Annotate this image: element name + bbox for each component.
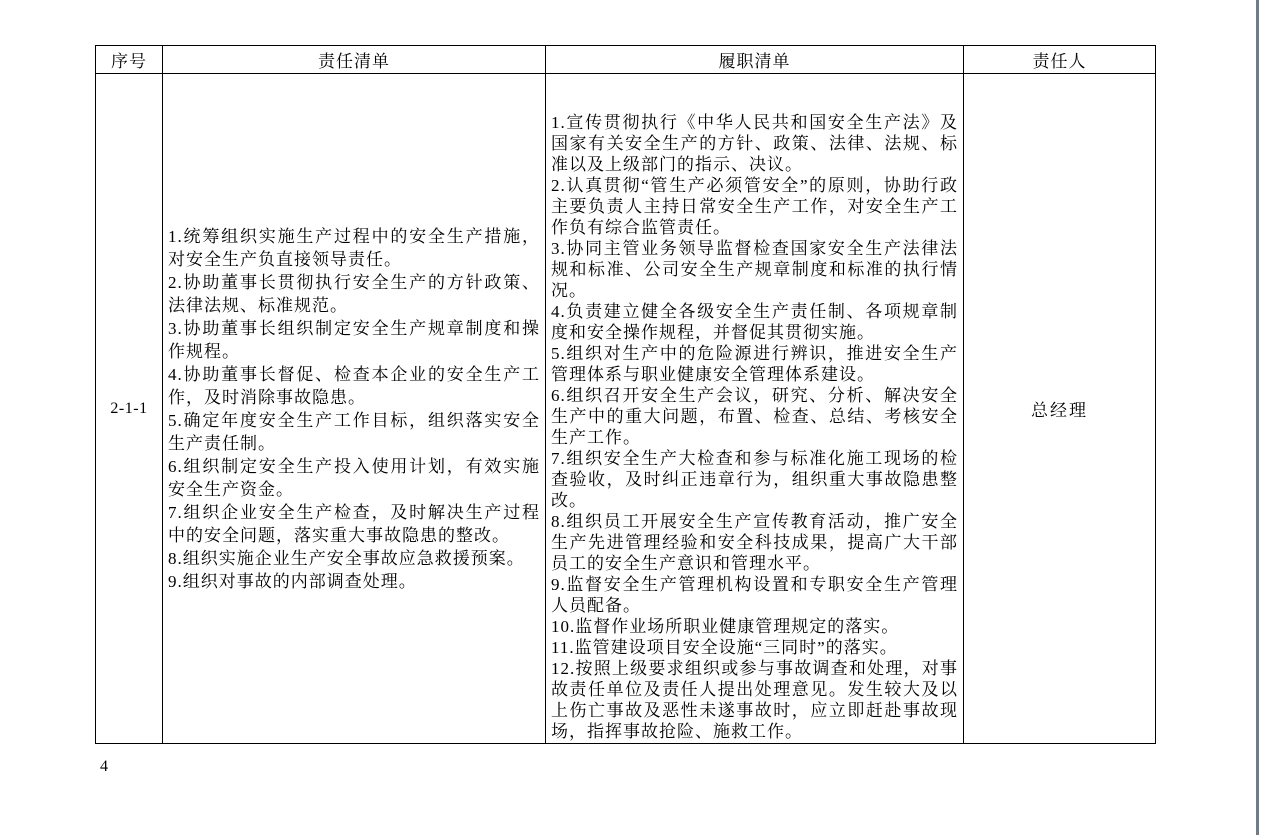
list-item: 3.协同主管业务领导监督检查国家安全生产法律法规和标准、公司安全生产规章制度和标… [551, 238, 958, 301]
list-item: 7.组织企业安全生产检查，及时解决生产过程中的安全问题，落实重大事故隐患的整改。 [168, 501, 540, 547]
cell-responsible-person: 总经理 [964, 74, 1156, 744]
table-row: 2-1-1 1.统筹组织实施生产过程中的安全生产措施，对安全生产负直接领导责任。… [96, 74, 1156, 744]
list-item: 8.组织实施企业生产安全事故应急救援预案。 [168, 547, 540, 570]
list-item: 6.组织制定安全生产投入使用计划，有效实施安全生产资金。 [168, 455, 540, 501]
list-item: 6.组织召开安全生产会议，研究、分析、解决安全生产中的重大问题，布置、检查、总结… [551, 385, 958, 448]
list-item: 2.认真贯彻“管生产必须管安全”的原则，协助行政主要负责人主持日常安全生产工作，… [551, 175, 958, 238]
list-item: 4.协助董事长督促、检查本企业的安全生产工作，及时消除事故隐患。 [168, 363, 540, 409]
cell-duty-list: 1.宣传贯彻执行《中华人民共和国安全生产法》及国家有关安全生产的方针、政策、法律… [546, 74, 964, 744]
list-item: 8.组织员工开展安全生产宣传教育活动，推广安全生产先进管理经验和安全科技成果，提… [551, 511, 958, 574]
list-item: 7.组织安全生产大检查和参与标准化施工现场的检查验收，及时纠正违章行为，组织重大… [551, 448, 958, 511]
list-item: 9.组织对事故的内部调查处理。 [168, 570, 540, 593]
header-serial: 序号 [96, 46, 163, 74]
right-edge-divider [1256, 0, 1259, 835]
list-item: 12.按照上级要求组织或参与事故调查和处理，对事故责任单位及责任人提出处理意见。… [551, 658, 958, 742]
list-item: 3.协助董事长组织制定安全生产规章制度和操作规程。 [168, 317, 540, 363]
list-item: 5.确定年度安全生产工作目标，组织落实安全生产责任制。 [168, 409, 540, 455]
header-duty-list: 履职清单 [546, 46, 964, 74]
list-item: 1.宣传贯彻执行《中华人民共和国安全生产法》及国家有关安全生产的方针、政策、法律… [551, 112, 958, 175]
list-item: 1.统筹组织实施生产过程中的安全生产措施，对安全生产负直接领导责任。 [168, 225, 540, 271]
list-item: 11.监管建设项目安全设施“三同时”的落实。 [551, 637, 958, 658]
header-responsible-person: 责任人 [964, 46, 1156, 74]
list-item: 9.监督安全生产管理机构设置和专职安全生产管理人员配备。 [551, 574, 958, 616]
table-header-row: 序号 责任清单 履职清单 责任人 [96, 46, 1156, 74]
list-item: 2.协助董事长贯彻执行安全生产的方针政策、法律法规、标准规范。 [168, 271, 540, 317]
list-item: 4.负责建立健全各级安全生产责任制、各项规章制度和安全操作规程，并督促其贯彻实施… [551, 301, 958, 343]
list-item: 5.组织对生产中的危险源进行辨识，推进安全生产管理体系与职业健康安全管理体系建设… [551, 343, 958, 385]
page-number: 4 [100, 758, 108, 776]
cell-responsibility-list: 1.统筹组织实施生产过程中的安全生产措施，对安全生产负直接领导责任。2.协助董事… [163, 74, 546, 744]
responsibility-table: 序号 责任清单 履职清单 责任人 2-1-1 1.统筹组织实施生产过程中的安全生… [95, 45, 1156, 744]
list-item: 10.监督作业场所职业健康管理规定的落实。 [551, 616, 958, 637]
cell-serial-number: 2-1-1 [96, 74, 163, 744]
header-responsibility-list: 责任清单 [163, 46, 546, 74]
